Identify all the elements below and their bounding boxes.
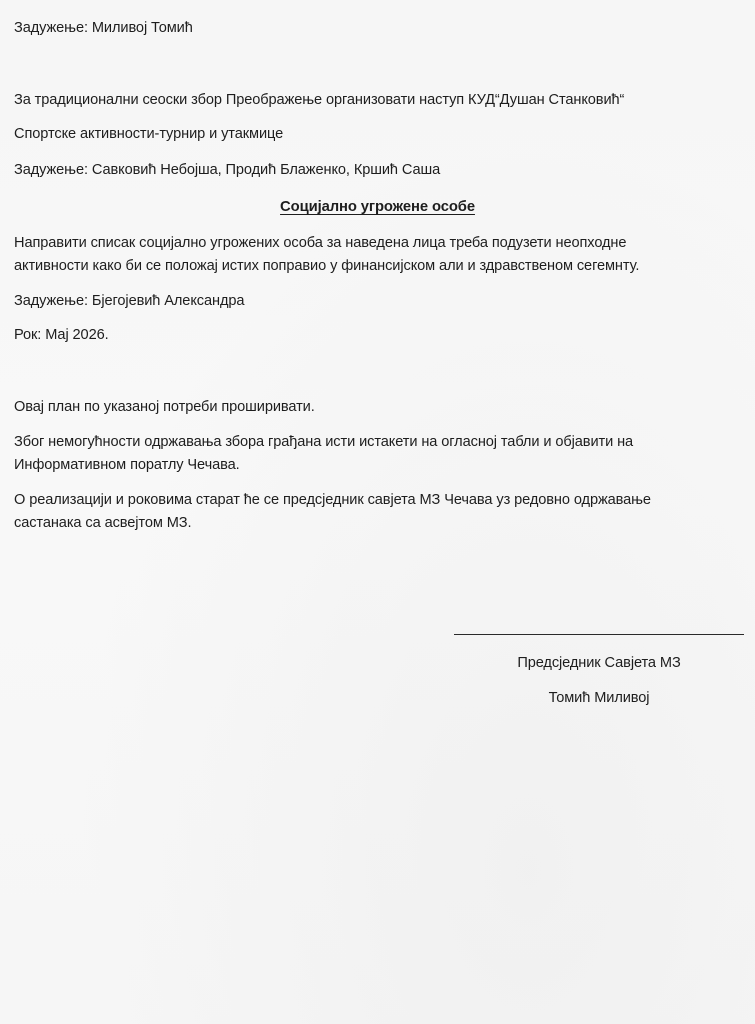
cultural-event-line: За традиционални сеоски збор Преображење… xyxy=(14,88,624,112)
social-deadline: Рок: Мај 2026. xyxy=(14,323,109,347)
cultural-assignees: Задужење: Савковић Небојша, Продић Блаже… xyxy=(14,158,440,182)
social-assignee: Задужење: Бјегојевић Александра xyxy=(14,289,244,313)
signature-name: Томић Миливој xyxy=(454,686,744,710)
signature-line xyxy=(454,634,744,635)
section-heading-social: Социјално угрожене особе xyxy=(0,195,755,219)
assignee-top: Задужење: Миливој Томић xyxy=(14,16,193,40)
extend-note: Овај план по указаној потреби прошириват… xyxy=(14,395,315,419)
social-paragraph-line-1: Направити списак социјално угрожених осо… xyxy=(14,231,626,255)
oversight-line-2: састанака са асвејтом МЗ. xyxy=(14,511,191,535)
scanned-page: Задужење: Миливој Томић За традиционални… xyxy=(0,0,755,1024)
oversight-line-1: О реализацији и роковима старат ће се пр… xyxy=(14,488,651,512)
sports-activities-line: Спортске активности-турнир и утакмице xyxy=(14,122,283,146)
signature-title: Предсједник Савјета МЗ xyxy=(454,651,744,675)
publish-line-2: Информативном поратлу Чечава. xyxy=(14,453,240,477)
publish-line-1: Због немогућности одржавања збора грађан… xyxy=(14,430,633,454)
social-paragraph-line-2: активности како би се положај истих попр… xyxy=(14,254,639,278)
